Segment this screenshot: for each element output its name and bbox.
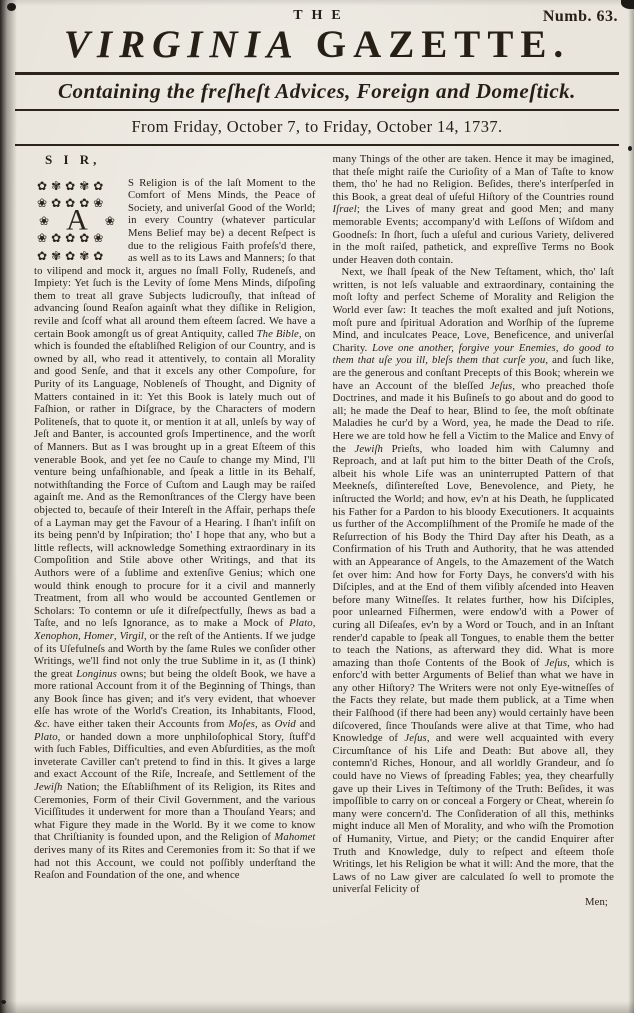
fleuron-ornament: ❀ [105, 215, 115, 227]
issue-number: Numb. 63. [543, 8, 618, 26]
scan-artifact [1, 1000, 6, 1004]
fleuron-ornament-row: ✿ ✾ ✿ ✾ ✿ [34, 250, 120, 262]
masthead: Numb. 63. THE VIRGINIAGAZETTE. Containin… [0, 0, 634, 146]
newspaper-page: Numb. 63. THE VIRGINIAGAZETTE. Containin… [0, 0, 634, 1013]
fleuron-ornament: ❀ [39, 215, 49, 227]
fleuron-ornament-row: ✿ ✾ ✿ ✾ ✿ [34, 180, 120, 192]
salutation: S I R, [45, 154, 316, 167]
catchword: Men; [333, 896, 615, 909]
left-column: S I R, ✿ ✾ ✿ ✾ ✿ ❀ ✿ ✿ ✿ ❀ ❀❀ ❀ ✿ ✿ ✿ ❀ … [34, 153, 316, 991]
article-body: S I R, ✿ ✾ ✿ ✾ ✿ ❀ ✿ ✿ ✿ ❀ ❀❀ ❀ ✿ ✿ ✿ ❀ … [0, 146, 634, 991]
newspaper-title: VIRGINIAGAZETTE. [0, 25, 634, 66]
title-word-virginia: VIRGINIA [64, 23, 300, 66]
article-paragraph: many Things of the other are taken. Henc… [333, 153, 615, 266]
decorative-initial-block: ✿ ✾ ✿ ✾ ✿ ❀ ✿ ✿ ✿ ❀ ❀❀ ❀ ✿ ✿ ✿ ❀ ✿ ✾ ✿ ✾… [34, 179, 120, 263]
article-paragraph: ✿ ✾ ✿ ✾ ✿ ❀ ✿ ✿ ✿ ❀ ❀❀ ❀ ✿ ✿ ✿ ❀ ✿ ✾ ✿ ✾… [34, 177, 316, 882]
title-word-gazette: GAZETTE. [316, 23, 570, 66]
horizontal-rule [15, 144, 619, 146]
article-paragraph: Next, we ſhall ſpeak of the New Teſtamen… [333, 266, 615, 896]
drop-cap-initial: A [66, 205, 88, 235]
right-column: many Things of the other are taken. Henc… [333, 153, 615, 991]
article-text: S Religion is of the laſt Moment to the … [34, 177, 316, 882]
masthead-motto: Containing the freſheſt Advices, Foreign… [0, 75, 634, 109]
masthead-dateline: From Friday, October 7, to Friday, Octob… [0, 111, 634, 144]
masthead-the: THE [0, 8, 634, 24]
scan-artifact [628, 146, 632, 151]
